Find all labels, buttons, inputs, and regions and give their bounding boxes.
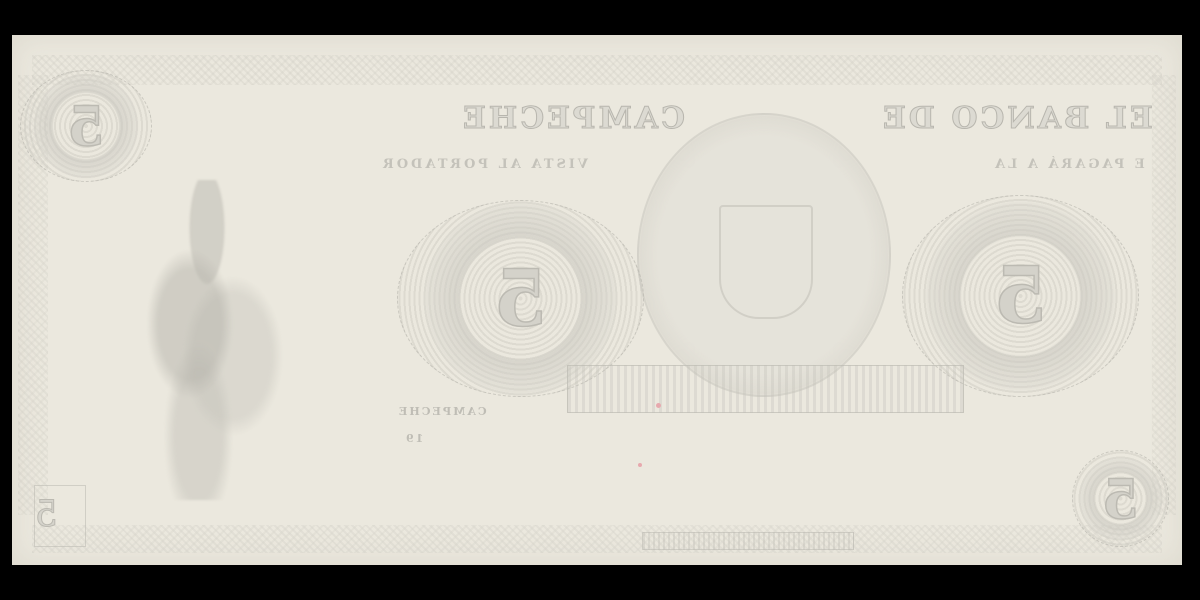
bank-name-right-mirrored: CAMPECHE [460, 101, 685, 136]
red-fiber-mark [638, 463, 642, 467]
bank-name-left-mirrored: EL BANCO DE [880, 101, 1153, 136]
right-border-pattern [1152, 75, 1176, 515]
small-denomination-box: 5 [34, 485, 86, 547]
place-text: CAMPECHE [397, 405, 487, 418]
top-border-pattern [32, 55, 1162, 85]
date-prefix: 19 [404, 432, 423, 445]
allegorical-figure-vignette [122, 180, 292, 500]
bottom-border-pattern [32, 525, 1162, 553]
signature-panel [567, 365, 964, 413]
corner-rosette-bottom-right: 5 [1072, 450, 1169, 547]
plate-imprint [642, 532, 854, 550]
shield-emblem [719, 205, 813, 319]
central-coat-of-arms-medallion [637, 113, 891, 397]
promise-text-right: VISTA AL PORTADOR [380, 157, 588, 172]
corner-rosette-top-left: 5 [20, 70, 152, 182]
promise-text-left: E PAGARÁ A LA [992, 157, 1145, 172]
banknote-proof: 5 5 CAMPECHE EL BANCO DE VISTA AL PORTAD… [12, 35, 1182, 565]
red-fiber-mark [656, 403, 661, 408]
